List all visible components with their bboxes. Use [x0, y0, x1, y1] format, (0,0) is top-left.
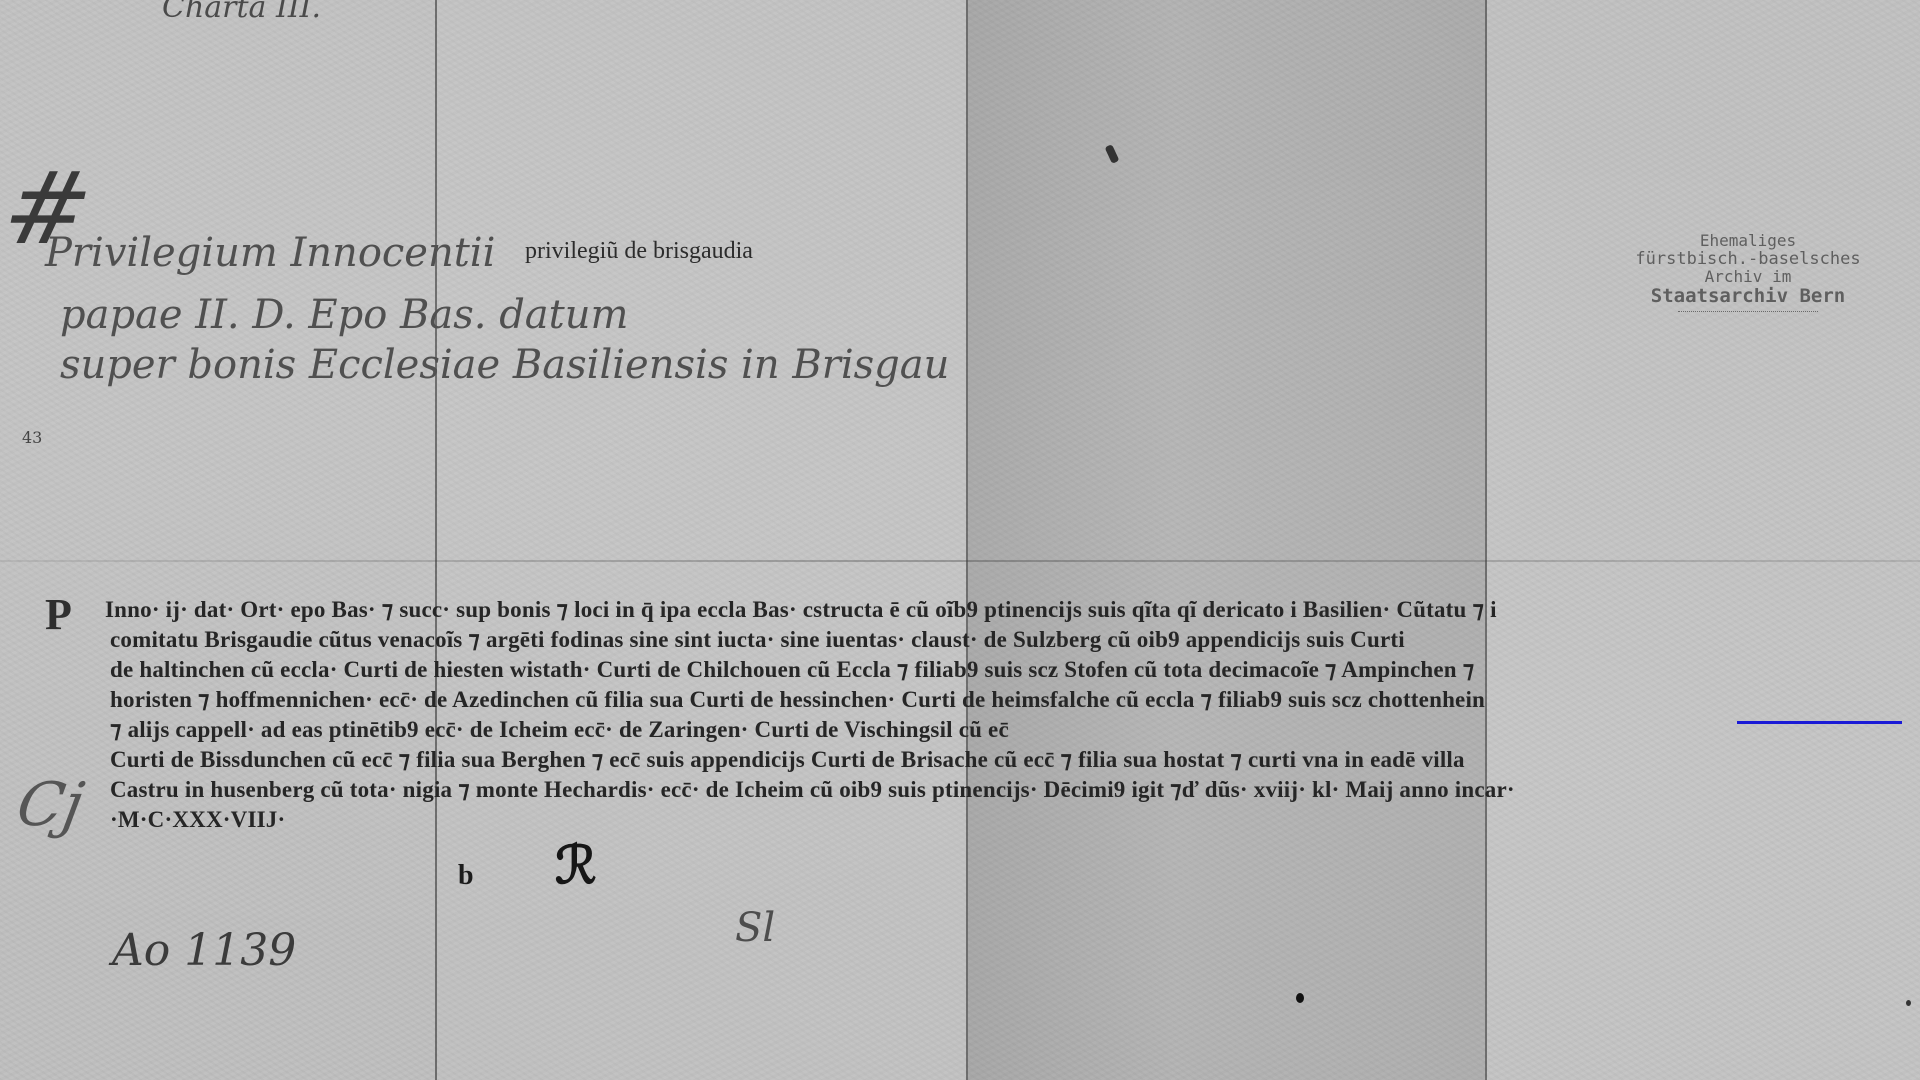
horizontal-fold-line [0, 560, 1920, 562]
fold-panel-2 [435, 0, 968, 1080]
text-line-4: horisten ⁊ hoffmennichen· ecc̄· de Azedi… [55, 685, 1845, 715]
fold-panel-3 [968, 0, 1485, 1080]
stamp-ornament-rule [1678, 311, 1818, 312]
fold-panel-4 [1485, 0, 1920, 1080]
text-line-1: Inno· ij· dat· Ort· epo Bas· ⁊ succ· sup… [55, 595, 1845, 625]
stamp-line-1: Ehemaliges [1628, 232, 1868, 250]
text-line-2: comitatu Brisgaudie cũtus venacoĩs ⁊ arg… [55, 625, 1845, 655]
archive-stamp: Ehemaliges fürstbisch.-baselsches Archiv… [1628, 232, 1868, 312]
margin-letters: Cj [12, 770, 89, 840]
margin-number: 43 [22, 428, 42, 447]
ink-dot [1906, 1000, 1911, 1006]
stamp-line-4: Staatsarchiv Bern [1628, 286, 1868, 307]
drop-cap: P [45, 589, 72, 640]
text-line-5: ⁊ alijs cappell· ad eas ptinētib9 ecc̄· … [55, 715, 1845, 745]
stamp-line-3: Archiv im [1628, 268, 1868, 286]
monogram-sign: ℛ [555, 835, 597, 896]
charter-heading: Charta III. [162, 0, 321, 25]
text-line-7: Castru in husenberg cũ tota· nigia ⁊ mon… [55, 775, 1845, 805]
notarial-mark-b: b [458, 860, 474, 892]
text-line-6: Curti de Bissdunchen cũ ecc̄ ⁊ filia sua… [55, 745, 1845, 775]
signature-mark: Sl [735, 905, 775, 951]
vertical-fold-line-3 [1485, 0, 1487, 1080]
ink-dot [1296, 993, 1304, 1003]
vertical-fold-line-1 [435, 0, 437, 1080]
annotation-line-2: papae II. D. Epo Bas. datum [60, 292, 628, 338]
year-annotation: Ao 1139 [112, 925, 296, 976]
annotation-line-1: Privilegium Innocentii [45, 230, 495, 276]
stamp-line-2: fürstbisch.-baselsches [1628, 250, 1868, 269]
charter-main-text: P Inno· ij· dat· Ort· epo Bas· ⁊ succ· s… [55, 595, 1845, 835]
annotation-line-3: super bonis Ecclesiae Basiliensis in Bri… [60, 342, 949, 388]
highlight-underline [1737, 721, 1902, 724]
text-line-8: ·M·C·XXX·VIIJ· [55, 805, 1845, 835]
text-line-3: de haltinchen cũ eccla· Curti de hiesten… [55, 655, 1845, 685]
vertical-fold-line-2 [966, 0, 968, 1080]
parchment-background [0, 0, 1920, 1080]
annotation-inline-note: privilegiũ de brisgaudia [525, 238, 753, 265]
